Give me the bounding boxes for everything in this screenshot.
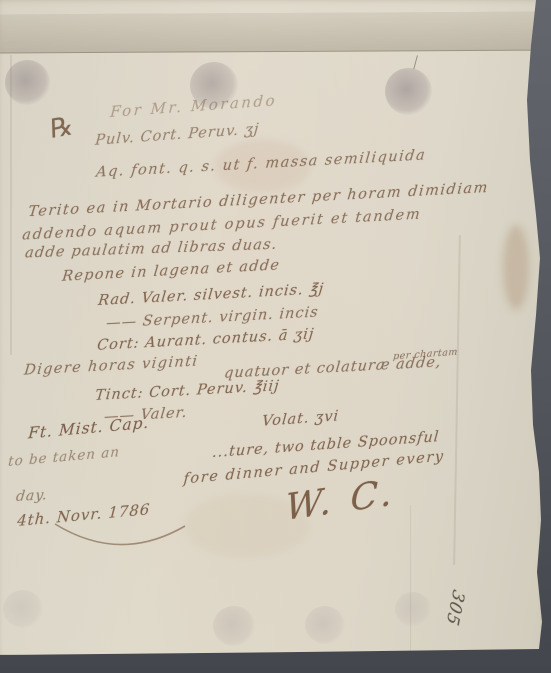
fold-crease	[410, 505, 411, 653]
manuscript-page: For Mr. Morando ℞ Pulv. Cort. Peruv. ʒj …	[0, 0, 551, 673]
pen-flourish	[50, 512, 190, 562]
pen-mark	[413, 55, 423, 70]
paste-stamp-ghost	[305, 606, 345, 644]
prescription-line: Repone in lagena et adde	[61, 257, 281, 285]
paper-fold-band	[0, 12, 551, 54]
instruction-line: Digere horas viginti	[23, 353, 199, 378]
interlinear-insertion: per chartam	[393, 347, 459, 363]
dosage-line: to be taken an	[8, 444, 121, 470]
ingredient-line: Volat. ʒvi	[261, 408, 339, 430]
folio-number: 305	[442, 587, 468, 629]
fold-crease	[453, 235, 461, 565]
paste-stamp-ghost	[395, 592, 431, 626]
paste-stamp-ghost	[3, 590, 43, 628]
paste-stamp-ghost	[213, 606, 255, 646]
ingredient-line: Rad. Valer. silvest. incis. ℥j	[97, 281, 325, 309]
signature: W. C.	[285, 472, 397, 529]
direction-line: Ft. Mist. Cap.	[28, 414, 150, 443]
rx-symbol: ℞	[50, 111, 75, 145]
under-sheet-edge	[0, 654, 322, 658]
ingredient-line: Tinct: Cort. Peruv. ℥iij	[94, 378, 280, 404]
paste-stamp	[385, 68, 432, 115]
edge-stain	[503, 225, 529, 310]
fold-crease	[10, 55, 12, 355]
ingredient-line: Cort: Aurant. contus. ā ʒij	[96, 326, 315, 353]
manuscript-scan: For Mr. Morando ℞ Pulv. Cort. Peruv. ʒj …	[0, 0, 551, 673]
dosage-line: day.	[15, 487, 48, 505]
